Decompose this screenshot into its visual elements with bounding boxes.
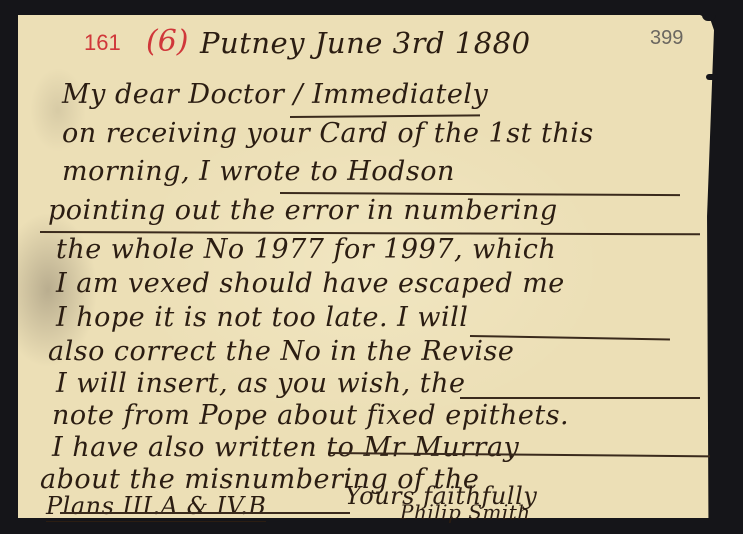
page-edge-tear [702, 13, 716, 21]
letter-line: pointing out the error in numbering [48, 195, 558, 226]
letter-line: I am vexed should have escaped me [56, 268, 565, 299]
letter-line: I hope it is not too late. I will [56, 302, 468, 333]
pen-stroke [60, 512, 350, 514]
archive-sub-number: (6) [146, 24, 189, 59]
letter-line: I will insert, as you wish, the [56, 368, 466, 399]
plans-reference: Plans III.A & IV.B [46, 492, 266, 522]
page-edge-tear [706, 74, 718, 80]
pen-stroke [460, 397, 700, 399]
letter-line: morning, I wrote to Hodson [62, 156, 455, 187]
folio-number: 399 [650, 27, 683, 50]
letter-line: also correct the No in the Revise [48, 336, 514, 367]
letter-line: My dear Doctor / Immediately [62, 79, 488, 110]
archive-number: 161 [84, 30, 121, 56]
letter-line: the whole No 1977 for 1997, which [56, 234, 556, 265]
place-date: Putney June 3rd 1880 [200, 26, 531, 60]
letter-line: on receiving your Card of the 1st this [62, 118, 594, 149]
letter-line: note from Pope about fixed epithets. [52, 400, 569, 431]
signature: Philip Smith [400, 500, 531, 524]
letter-line: I have also written to Mr Murray [52, 432, 519, 463]
